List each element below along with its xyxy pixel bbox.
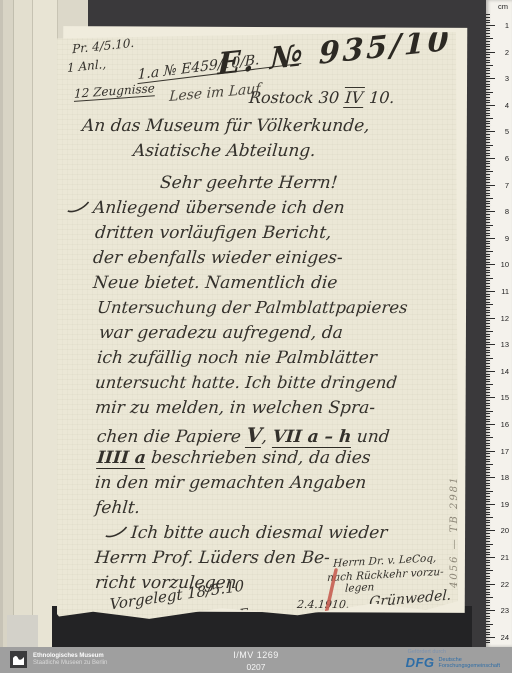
ruler-tick [486, 211, 495, 212]
ruler-tick [486, 533, 490, 534]
ruler-tick [486, 158, 495, 159]
ruler-tick [486, 384, 493, 385]
body-line-with-numbers: IIII a beschrieben sind, da dies [96, 450, 371, 467]
ruler-tick [486, 371, 495, 372]
ruler-tick [486, 443, 490, 444]
ruler-tick [486, 25, 495, 26]
ruler-tick [486, 395, 490, 396]
ruler-tick [486, 480, 490, 481]
ruler-tick [486, 328, 490, 329]
ruler-tick [486, 496, 490, 497]
ruler-unit-label: cm [498, 2, 508, 11]
ruler-tick [486, 280, 490, 281]
ruler-tick [486, 432, 490, 433]
ruler-label: 14 [501, 367, 509, 376]
ruler-tick [486, 65, 493, 66]
ruler-tick [486, 350, 490, 351]
body-line: untersucht hatte. Ich bitte dringend [94, 375, 397, 392]
body-text: Ich bitte auch diesmal wieder [130, 523, 388, 543]
ruler-tick [486, 379, 490, 380]
ruler-tick [486, 347, 490, 348]
dateline-year: 10. [368, 88, 395, 107]
ruler-tick [486, 541, 490, 542]
annotation-lecoq: nach Rückkehr vorzu- [327, 567, 444, 584]
ruler-tick [486, 626, 490, 627]
ruler-tick [486, 366, 490, 367]
ruler-tick [486, 331, 493, 332]
registry-corner-note: 1 Anl., [67, 58, 106, 74]
ruler-tick [486, 36, 490, 37]
ruler-tick [486, 187, 490, 188]
body-text: und [351, 427, 391, 447]
ruler-tick [486, 597, 493, 598]
ruler-tick [486, 568, 490, 569]
ruler-tick [486, 225, 493, 226]
ruler-tick [486, 413, 490, 414]
ruler-label: 21 [501, 553, 509, 562]
ruler-tick [486, 342, 490, 343]
ruler-tick [486, 163, 490, 164]
ruler-tick [486, 209, 490, 210]
ruler-tick [486, 485, 490, 486]
ruler-tick [486, 586, 490, 587]
ruler-tick [486, 182, 490, 183]
body-line: Untersuchung der Palmblattpapieres [96, 300, 408, 317]
ruler-tick [486, 155, 490, 156]
ruler-tick [486, 405, 490, 406]
ruler-tick [486, 419, 490, 420]
ruler-tick [486, 126, 490, 127]
ruler-tick [486, 76, 490, 77]
ruler-tick [486, 355, 490, 356]
ruler-tick [486, 605, 490, 606]
ruler-tick [486, 286, 490, 287]
ruler-tick [486, 381, 490, 382]
ruler-tick [486, 113, 490, 114]
ruler-label: 10 [501, 260, 509, 269]
ruler-tick [486, 514, 490, 515]
ruler-tick [486, 171, 493, 172]
ruler-tick [486, 326, 490, 327]
ruler-tick [486, 267, 490, 268]
ruler-tick [486, 392, 490, 393]
ruler-tick [486, 137, 490, 138]
ruler-tick [486, 102, 490, 103]
body-line: Anliegend übersende ich den [66, 200, 345, 217]
ruler-tick [486, 57, 490, 58]
ruler-tick [486, 594, 490, 595]
ruler-label: 24 [501, 633, 509, 642]
ruler-label: 20 [501, 526, 509, 535]
ruler-tick [486, 214, 490, 215]
ruler-tick [486, 589, 490, 590]
page-edge-seam [13, 0, 14, 647]
ruler-tick [486, 453, 490, 454]
ruler-tick [486, 310, 490, 311]
registry-overlay-note: Lese im Lauf [169, 82, 261, 104]
ruler-tick [486, 397, 495, 398]
ruler-tick [486, 437, 493, 438]
ruler-label: 22 [501, 580, 509, 589]
ruler-tick [486, 573, 490, 574]
pen-flourish [66, 200, 89, 217]
ruler-tick [486, 94, 490, 95]
body-line: war geradezu aufregend, da [98, 325, 343, 342]
ruler-label: 5 [505, 127, 509, 136]
body-line: in den mir gemachten Angaben [94, 475, 367, 492]
body-text: Anliegend übersende ich den [92, 198, 345, 218]
ruler-tick [486, 272, 490, 273]
ruler-tick [486, 153, 490, 154]
ruler-tick [486, 302, 490, 303]
ruler-tick [486, 243, 490, 244]
ruler-tick [486, 435, 490, 436]
registry-corner-note: 12 Zeugnisse [74, 82, 155, 102]
ruler-tick [486, 475, 490, 476]
ruler-tick [486, 264, 495, 265]
ruler-tick [486, 33, 490, 34]
ruler-tick [486, 517, 493, 518]
ruler-tick [486, 640, 490, 641]
ruler-tick [486, 334, 490, 335]
ruler-tick [486, 469, 490, 470]
registry-corner-note: Pr. 4/5.10. [72, 37, 134, 56]
ruler-tick [486, 360, 490, 361]
ruler-tick [486, 41, 490, 42]
ruler-tick [486, 429, 490, 430]
ruler-label: 13 [501, 340, 509, 349]
body-line: fehlt. [94, 500, 140, 517]
ruler-tick [486, 54, 490, 55]
ruler-label: 23 [501, 606, 509, 615]
ruler-tick [486, 632, 490, 633]
ruler-tick [486, 509, 490, 510]
ruler-tick [486, 554, 490, 555]
ruler-label: 12 [501, 314, 509, 323]
ruler-tick [486, 522, 490, 523]
body-line: der ebenfalls wieder einiges- [92, 250, 343, 267]
dateline-month: IV [343, 87, 365, 108]
ruler-label: 3 [505, 74, 509, 83]
body-line: mir zu melden, in welchen Spra- [94, 400, 375, 417]
ruler-tick [486, 190, 490, 191]
ruler-tick [486, 105, 495, 106]
ruler-tick [486, 323, 490, 324]
ruler-tick [486, 108, 490, 109]
ruler-tick [486, 28, 490, 29]
ruler-tick [486, 193, 490, 194]
ruler-tick [486, 477, 495, 478]
ruler-tick [486, 507, 490, 508]
ruler-tick [486, 262, 490, 263]
ruler-tick [486, 115, 490, 116]
ruler-tick [486, 318, 495, 319]
ruler-tick [486, 562, 490, 563]
ruler-tick [486, 142, 490, 143]
scan-photo: Pr. 4/5.10. 1 Anl., 12 Zeugnisse 1.a № E… [0, 0, 512, 647]
ruler-tick [486, 30, 490, 31]
dfg-block: Gefördert durch DFG Deutsche Forschungsg… [406, 649, 500, 669]
ruler-tick [486, 235, 490, 236]
ruler-tick [486, 60, 490, 61]
ruler-tick [486, 634, 490, 635]
ruler-tick [486, 504, 495, 505]
ruler-tick [486, 472, 490, 473]
ruler-tick [486, 544, 493, 545]
ruler-tick [486, 618, 490, 619]
ruler-tick [486, 424, 495, 425]
ruler-tick [486, 14, 490, 15]
ruler-tick [486, 70, 490, 71]
ruler-tick [486, 206, 490, 207]
ruler-label: 15 [501, 393, 509, 402]
ruler-tick [486, 461, 490, 462]
ruler-tick [486, 174, 490, 175]
ruler-tick [486, 499, 490, 500]
file-edge-strip [33, 0, 58, 647]
ruler-tick [486, 459, 490, 460]
ruler-tick [486, 131, 495, 132]
body-text: chen die Papiere [96, 427, 247, 447]
ruler-tick [486, 169, 490, 170]
ruler-tick [486, 501, 490, 502]
ruler-tick [486, 233, 490, 234]
ruler-tick [486, 251, 493, 252]
ruler-tick [486, 219, 490, 220]
ruler-tick [486, 570, 493, 571]
ruler-label: 11 [501, 287, 509, 296]
ruler-label: 7 [505, 181, 509, 190]
ruler-tick [486, 411, 493, 412]
file-edge-strip [14, 0, 33, 647]
ruler-tick [486, 613, 490, 614]
ruler-tick [486, 387, 490, 388]
dfg-name: Deutsche Forschungsgemeinschaft [439, 657, 500, 669]
ruler-tick [486, 427, 490, 428]
footer-bar: Ethnologisches Museum Staatliche Museen … [0, 647, 512, 673]
ruler-label: 2 [505, 48, 509, 57]
letter-page: Pr. 4/5.10. 1 Anl., 12 Zeugnisse 1.a № E… [57, 32, 458, 620]
ruler-tick [486, 530, 495, 531]
ruler-tick [486, 445, 490, 446]
ruler-tick [486, 275, 490, 276]
ruler-tick [486, 400, 490, 401]
body-line: Herrn Prof. Lüders den Be- [94, 550, 330, 567]
recipient-line: An das Museum für Völkerkunde, [81, 118, 370, 135]
recipient-line: Asiatische Abteilung. [132, 143, 316, 160]
ruler-label: 4 [505, 101, 509, 110]
ruler-tick [486, 416, 490, 417]
ruler-tick [486, 538, 490, 539]
ruler-tick [486, 222, 490, 223]
ruler-tick [486, 52, 495, 53]
ruler-tick [486, 81, 490, 82]
ruler-tick [486, 528, 490, 529]
ruler-tick [486, 358, 493, 359]
ruler-tick [486, 118, 493, 119]
ruler-tick [486, 637, 495, 638]
ruler-tick [486, 403, 490, 404]
ruler-tick [486, 376, 490, 377]
ruler-tick [486, 201, 490, 202]
salutation: Sehr geehrte Herrn! [159, 175, 338, 192]
ruler-tick [486, 17, 490, 18]
ruler-tick [486, 123, 490, 124]
body-line: Ich bitte auch diesmal wieder [104, 525, 388, 542]
ruler-label: 19 [501, 500, 509, 509]
ruler-tick [486, 110, 490, 111]
ruler-tick [486, 608, 490, 609]
ruler-tick [486, 408, 490, 409]
ruler-tick [486, 520, 490, 521]
ruler-tick [486, 592, 490, 593]
ruler-label: 18 [501, 473, 509, 482]
ruler-tick [486, 581, 490, 582]
ruler-tick [486, 44, 490, 45]
ruler-tick [486, 307, 490, 308]
body-line: Neue bietet. Namentlich die [92, 275, 338, 292]
ruler-tick [486, 241, 490, 242]
ruler-tick [486, 97, 490, 98]
ruler-tick [486, 552, 490, 553]
pen-flourish [104, 525, 127, 542]
ruler-tick [486, 291, 495, 292]
ruler-tick [486, 421, 490, 422]
ruler-tick [486, 493, 490, 494]
paper-corner-patch [7, 615, 38, 647]
ruler-tick [486, 299, 490, 300]
ruler-tick [486, 440, 490, 441]
ruler-tick [486, 488, 490, 489]
ruler-tick [486, 621, 490, 622]
ruler-tick [486, 642, 490, 643]
ruler-tick [486, 139, 490, 140]
body-line: ich zufällig noch nie Palmblätter [96, 350, 377, 367]
ruler-tick [486, 565, 490, 566]
margin-pencil-note: 4056 — TB 2981 [449, 476, 460, 588]
ruler-label: 1 [505, 21, 509, 30]
manuscript-number: VII a – h [272, 427, 353, 448]
ruler-tick [486, 512, 490, 513]
archive-scan-viewer: Pr. 4/5.10. 1 Anl., 12 Zeugnisse 1.a № E… [0, 0, 512, 673]
ruler-tick [486, 610, 495, 611]
ruler-tick [486, 363, 490, 364]
ruler-tick [486, 336, 490, 337]
ruler-tick [486, 616, 490, 617]
ruler-tick [486, 624, 493, 625]
body-text: beschrieben sind, da dies [145, 448, 372, 468]
ruler-tick [486, 198, 493, 199]
body-line-with-numbers: chen die Papiere V, VII a – h und [96, 425, 391, 446]
ruler-tick [486, 185, 495, 186]
ruler-tick [486, 557, 495, 558]
ruler-tick [486, 352, 490, 353]
ruler-tick [486, 62, 490, 63]
ruler-tick [486, 150, 490, 151]
ruler-tick [486, 536, 490, 537]
ruler-tick [486, 161, 490, 162]
ruler-tick [486, 203, 490, 204]
ruler-tick [486, 86, 490, 87]
ruler-tick [486, 92, 493, 93]
dfg-name-line2: Forschungsgemeinschaft [439, 663, 500, 669]
ruler-tick [486, 344, 495, 345]
ruler-tick [486, 195, 490, 196]
ruler-tick [486, 89, 490, 90]
ruler-tick [486, 467, 490, 468]
ruler-tick [486, 238, 495, 239]
ruler-tick [486, 121, 490, 122]
ruler-tick [486, 84, 490, 85]
ruler-tick [486, 320, 490, 321]
ruler-label: 6 [505, 154, 509, 163]
ruler-tick [486, 254, 490, 255]
dfg-logo: DFG [406, 656, 435, 669]
ruler-tick [486, 464, 493, 465]
ruler-tick [486, 134, 490, 135]
ruler-tick [486, 339, 490, 340]
ruler-tick [486, 248, 490, 249]
ruler-tick [486, 179, 490, 180]
ruler-tick [486, 525, 490, 526]
ruler-tick [486, 278, 493, 279]
page-edge-seam [32, 0, 33, 647]
ruler-tick [486, 46, 490, 47]
ruler-tick [486, 600, 490, 601]
ruler-tick [486, 483, 490, 484]
ruler-tick [486, 177, 490, 178]
ruler-tick [486, 256, 490, 257]
ruler-label: 16 [501, 420, 509, 429]
ruler: cm 1234567891011121314151617181920212223… [486, 0, 512, 647]
ruler-tick [486, 73, 490, 74]
ruler-tick [486, 270, 490, 271]
ruler-tick [486, 578, 490, 579]
ruler-tick [486, 451, 495, 452]
ruler-tick [486, 304, 493, 305]
manuscript-number: IIII a [96, 448, 147, 469]
ruler-tick [486, 374, 490, 375]
ruler-tick [486, 145, 493, 146]
ruler-tick [486, 546, 490, 547]
ruler-tick [486, 100, 490, 101]
ruler-tick [486, 38, 493, 39]
ruler-tick [486, 456, 490, 457]
ruler-tick [486, 217, 490, 218]
ruler-tick [486, 448, 490, 449]
ruler-tick [486, 68, 490, 69]
ruler-tick [486, 584, 495, 585]
ruler-tick [486, 549, 490, 550]
ruler-tick [486, 283, 490, 284]
annotation-lecoq: legen [345, 582, 375, 594]
ruler-tick [486, 368, 490, 369]
ruler-tick [486, 294, 490, 295]
ruler-tick [486, 227, 490, 228]
ruler-tick [486, 246, 490, 247]
ruler-label: 9 [505, 234, 509, 243]
ruler-tick [486, 296, 490, 297]
ruler-tick [486, 629, 490, 630]
dateline-place: Rostock 30 [248, 88, 340, 107]
ruler-tick [486, 230, 490, 231]
ruler-tick [486, 259, 490, 260]
ruler-tick [486, 20, 490, 21]
ruler-tick [486, 312, 490, 313]
ruler-tick [486, 560, 490, 561]
ruler-tick [486, 129, 490, 130]
ruler-tick [486, 288, 490, 289]
